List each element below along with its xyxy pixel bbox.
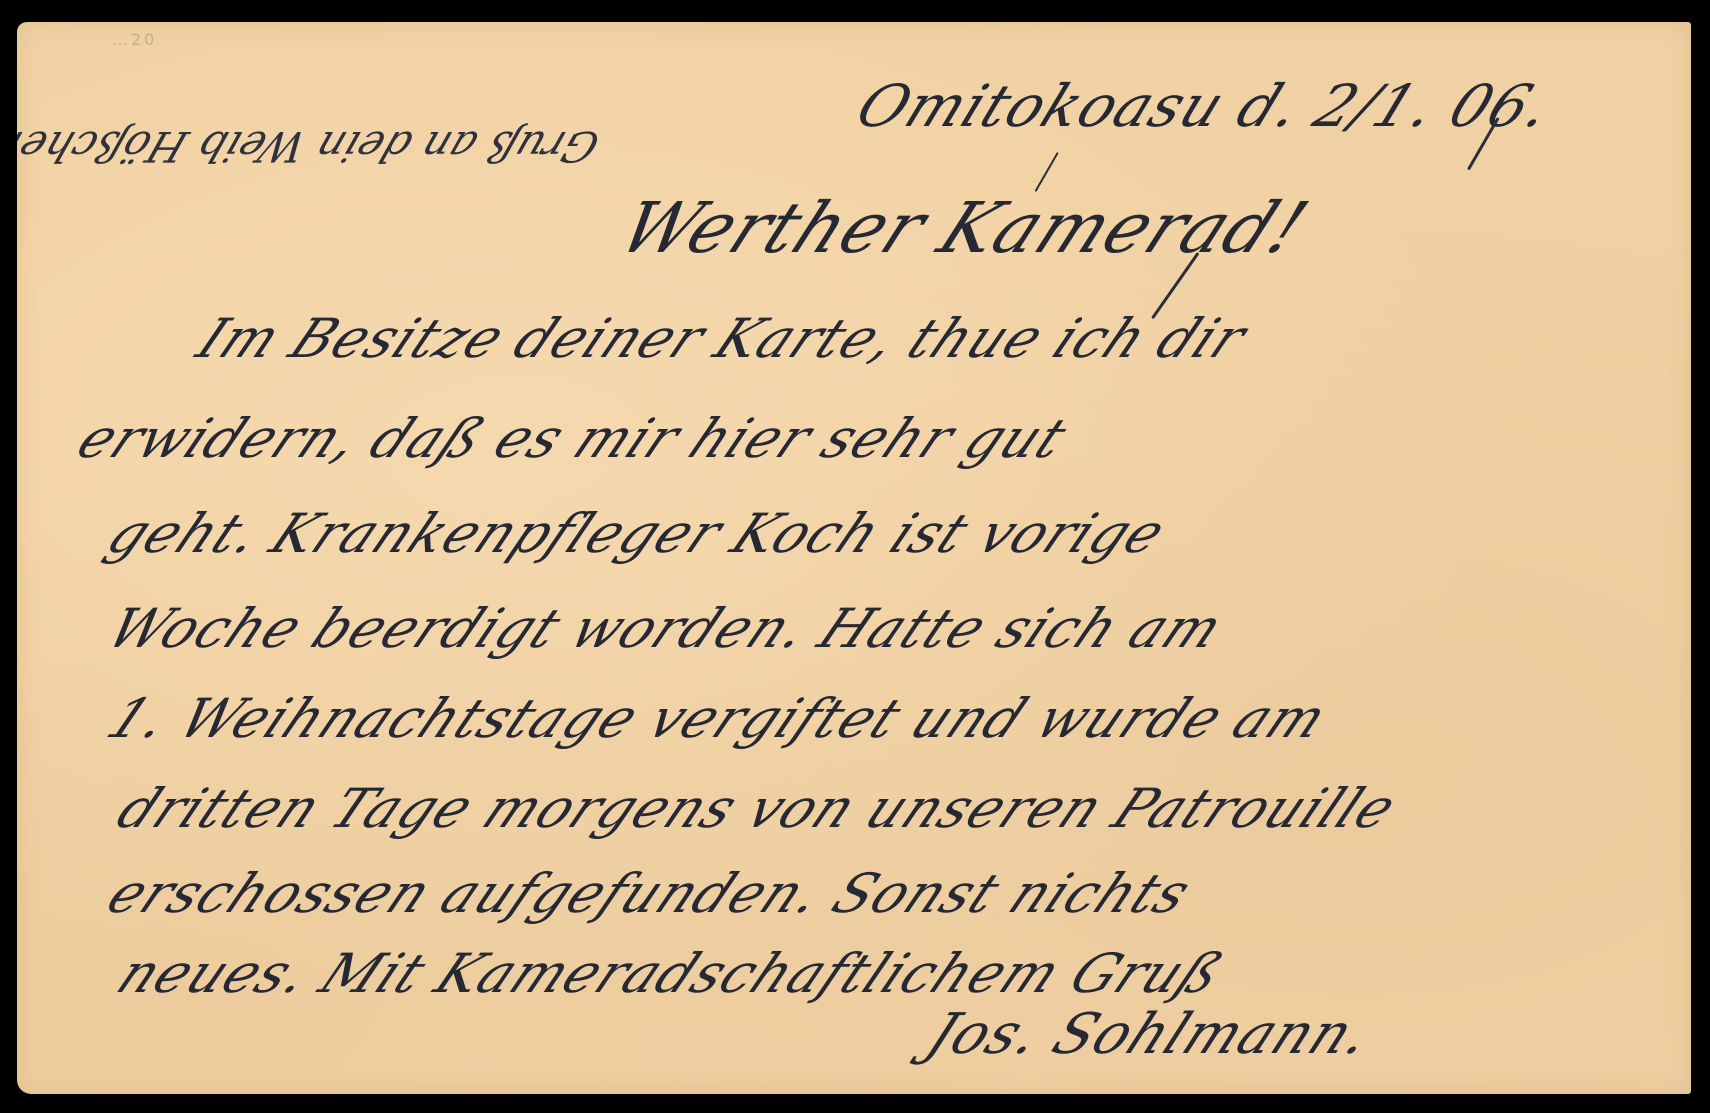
- body-line: Woche beerdigt worden. Hatte sich am: [97, 597, 1234, 660]
- signature: Jos. Sohlmann.: [917, 1002, 1383, 1067]
- pen-stroke: [1035, 152, 1059, 192]
- body-line: 1. Weihnachtstage vergiftet und wurde am: [97, 687, 1338, 750]
- greeting: Werther Kamerad!: [607, 187, 1321, 269]
- body-line: geht. Krankenpfleger Koch ist vorige: [97, 502, 1177, 565]
- body-line: erwidern, daß es mir hier sehr gut: [67, 407, 1078, 470]
- body-line: dritten Tage morgens von unseren Patroui…: [107, 777, 1408, 840]
- scan-background: …20 Gruß an dein Weib Hößchen Omitokoasu…: [0, 0, 1710, 1113]
- body-line: Im Besitze deiner Karte, thue ich dir: [187, 307, 1258, 370]
- upside-down-note: Gruß an dein Weib Hößchen: [28, 122, 606, 171]
- body-line: erschossen aufgefunden. Sonst nichts: [97, 862, 1202, 925]
- place-date-line: Omitokoasu d. 2/1. 06.: [847, 72, 1562, 140]
- postcard: …20 Gruß an dein Weib Hößchen Omitokoasu…: [17, 22, 1691, 1094]
- body-line: neues. Mit Kameradschaftlichem Gruß: [107, 942, 1234, 1005]
- pencil-annotation: …20: [112, 30, 157, 49]
